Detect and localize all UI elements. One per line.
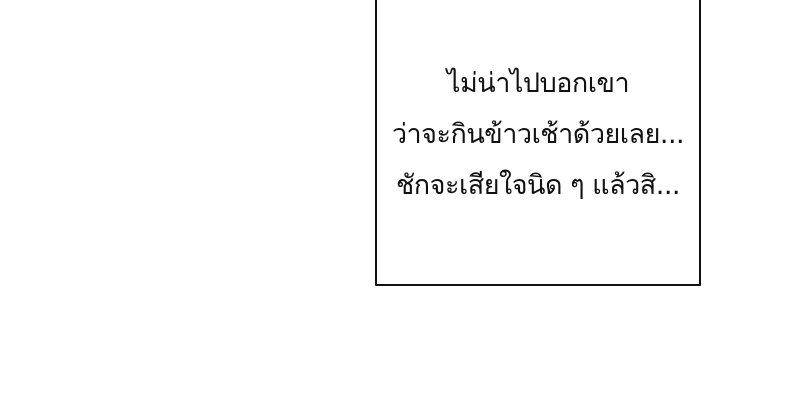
- caption-box: ไม่น่าไปบอกเขา ว่าจะกินข้าวเช้าด้วยเลย..…: [375, 0, 701, 286]
- caption-line-2: ว่าจะกินข้าวเช้าด้วยเลย...: [377, 109, 699, 160]
- comic-panel: ไม่น่าไปบอกเขา ว่าจะกินข้าวเช้าด้วยเลย..…: [0, 0, 800, 420]
- caption-line-1: ไม่น่าไปบอกเขา: [377, 58, 699, 109]
- caption-line-3: ชักจะเสียใจนิด ๆ แล้วสิ...: [377, 160, 699, 211]
- caption-text: ไม่น่าไปบอกเขา ว่าจะกินข้าวเช้าด้วยเลย..…: [377, 58, 699, 211]
